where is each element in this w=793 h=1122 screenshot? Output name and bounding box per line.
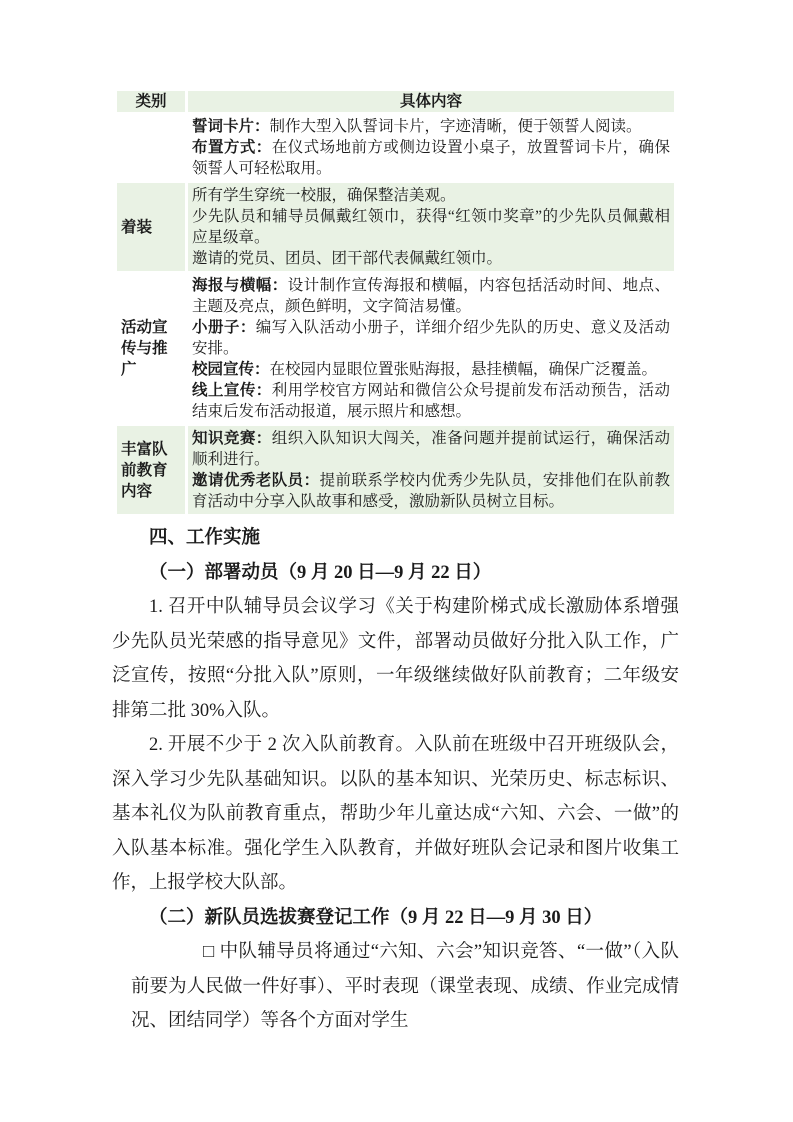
- item-text: 编写入队活动小册子，详细介绍少先队的历史、意义及活动安排。: [192, 319, 670, 357]
- document-page: 类别 具体内容 誓词卡片：制作大型入队誓词卡片，字迹清晰，便于领誓人阅读。 布置…: [112, 89, 679, 1039]
- section-heading-level2: （二）新队员选拔赛登记工作（9 月 22 日—9 月 30 日）: [112, 901, 679, 936]
- item-label: 校园宣传：: [192, 361, 270, 378]
- table-item: 少先队员和辅导员佩戴红领巾，获得“红领巾奖章”的少先队员佩戴相应星级章。: [192, 206, 670, 248]
- item-label: 誓词卡片：: [192, 118, 270, 135]
- table-item: 海报与横幅：设计制作宣传海报和横幅，内容包括活动时间、地点、主题及亮点，颜色鲜明…: [192, 275, 670, 317]
- table-row: 誓词卡片：制作大型入队誓词卡片，字迹清晰，便于领誓人阅读。 布置方式：在仪式场地…: [117, 114, 674, 181]
- table-item: 校园宣传：在校园内显眼位置张贴海报，悬挂横幅，确保广泛覆盖。: [192, 359, 670, 380]
- item-text: 所有学生穿统一校服，确保整洁美观。: [192, 187, 456, 204]
- item-label: 线上宣传：: [192, 382, 272, 399]
- table-item: 线上宣传：利用学校官方网站和微信公众号提前发布活动预告，活动结束后发布活动报道，…: [192, 380, 670, 422]
- item-label: 邀请优秀老队员：: [192, 472, 320, 489]
- category-cell: 着装: [117, 183, 185, 271]
- table-item: 誓词卡片：制作大型入队誓词卡片，字迹清晰，便于领誓人阅读。: [192, 116, 670, 137]
- paragraph: 2. 开展不少于 2 次入队前教育。入队前在班级中召开班级队会，深入学习少先队基…: [112, 728, 679, 901]
- item-text: 在校园内显眼位置张贴海报，悬挂横幅，确保广泛覆盖。: [270, 361, 658, 378]
- header-cell-category: 类别: [117, 91, 185, 112]
- category-cell: 活动宣传与推广: [117, 273, 185, 424]
- item-text: 邀请的党员、团员、团干部代表佩戴红领巾。: [192, 250, 502, 267]
- document-body: 四、工作实施 （一）部署动员（9 月 20 日—9 月 22 日） 1. 召开中…: [112, 521, 679, 1039]
- content-cell: 所有学生穿统一校服，确保整洁美观。 少先队员和辅导员佩戴红领巾，获得“红领巾奖章…: [188, 183, 674, 271]
- paragraph: 1. 召开中队辅导员会议学习《关于构建阶梯式成长激励体系增强少先队员光荣感的指导…: [112, 590, 679, 728]
- table-item: 邀请优秀老队员：提前联系学校内优秀少先队员，安排他们在队前教育活动中分享入队故事…: [192, 470, 670, 512]
- item-text: 制作大型入队誓词卡片，字迹清晰，便于领誓人阅读。: [270, 118, 642, 135]
- category-cell: [117, 114, 185, 181]
- section-heading-level1: 四、工作实施: [112, 521, 679, 556]
- content-cell: 海报与横幅：设计制作宣传海报和横幅，内容包括活动时间、地点、主题及亮点，颜色鲜明…: [188, 273, 674, 424]
- category-cell: 丰富队前教育内容: [117, 426, 185, 514]
- table-item: 小册子：编写入队活动小册子，详细介绍少先队的历史、意义及活动安排。: [192, 317, 670, 359]
- item-label: 小册子：: [192, 319, 256, 336]
- item-label: 布置方式：: [192, 139, 272, 156]
- category-table: 类别 具体内容 誓词卡片：制作大型入队誓词卡片，字迹清晰，便于领誓人阅读。 布置…: [114, 89, 677, 516]
- table-item: 布置方式：在仪式场地前方或侧边设置小桌子，放置誓词卡片，确保领誓人可轻松取用。: [192, 137, 670, 179]
- checkbox-list-paragraph: □ 中队辅导员将通过“六知、六会”知识竞答、“一做”（入队前要为人民做一件好事）…: [131, 935, 679, 1039]
- table-item: 邀请的党员、团员、团干部代表佩戴红领巾。: [192, 248, 670, 269]
- content-cell: 誓词卡片：制作大型入队誓词卡片，字迹清晰，便于领誓人阅读。 布置方式：在仪式场地…: [188, 114, 674, 181]
- table-header-row: 类别 具体内容: [117, 91, 674, 112]
- table-item: 知识竞赛：组织入队知识大闯关，准备问题并提前试运行，确保活动顺利进行。: [192, 428, 670, 470]
- item-label: 海报与横幅：: [192, 277, 288, 294]
- table-row: 活动宣传与推广 海报与横幅：设计制作宣传海报和横幅，内容包括活动时间、地点、主题…: [117, 273, 674, 424]
- section-heading-level2: （一）部署动员（9 月 20 日—9 月 22 日）: [112, 556, 679, 591]
- table-row: 丰富队前教育内容 知识竞赛：组织入队知识大闯关，准备问题并提前试运行，确保活动顺…: [117, 426, 674, 514]
- content-cell: 知识竞赛：组织入队知识大闯关，准备问题并提前试运行，确保活动顺利进行。 邀请优秀…: [188, 426, 674, 514]
- table-row: 着装 所有学生穿统一校服，确保整洁美观。 少先队员和辅导员佩戴红领巾，获得“红领…: [117, 183, 674, 271]
- header-cell-content: 具体内容: [188, 91, 674, 112]
- item-label: 知识竞赛：: [192, 430, 272, 447]
- table-item: 所有学生穿统一校服，确保整洁美观。: [192, 185, 670, 206]
- item-text: 少先队员和辅导员佩戴红领巾，获得“红领巾奖章”的少先队员佩戴相应星级章。: [192, 208, 670, 246]
